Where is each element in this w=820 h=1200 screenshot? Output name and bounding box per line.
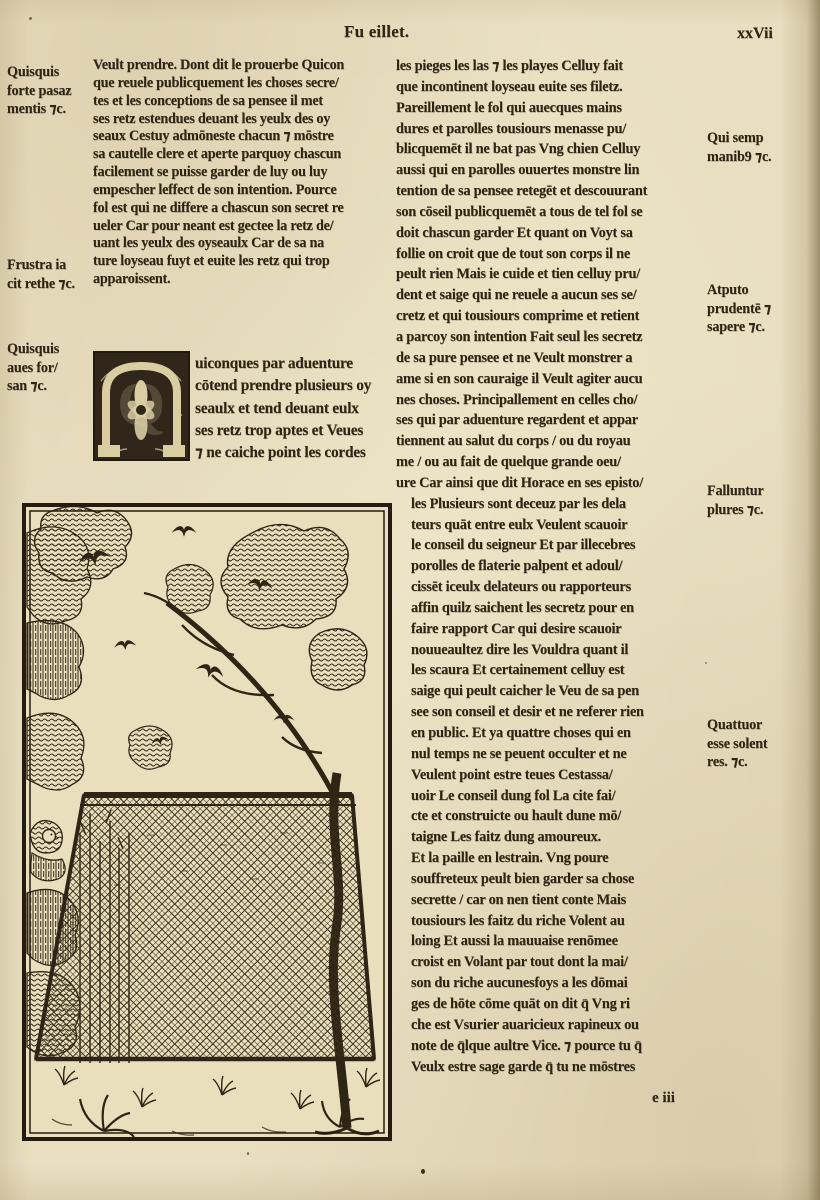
margin-note-line: Qui semp xyxy=(707,129,811,148)
text-line: tiennent au salut du corps / ou du royau xyxy=(396,431,708,452)
text-line: uant les yeulx des oyseaulx Car de sa na xyxy=(93,235,395,253)
text-line: le conseil du seigneur Et par illecebres xyxy=(396,535,708,556)
margin-note-line: mentis ⁊c. xyxy=(7,100,95,119)
margin-note-line: cit rethe ⁊c. xyxy=(7,275,95,294)
text-line: taigne Les faitz dung amoureux. xyxy=(396,827,708,848)
text-line: doit chascun garder Et quant on Voyt sa xyxy=(396,223,708,244)
page-edge-shadow xyxy=(807,0,820,1200)
text-line: cte et construicte ou hault dune mō/ xyxy=(396,806,708,827)
text-line: Veult prendre. Dont dit le prouerbe Quic… xyxy=(93,57,395,75)
text-line: Veulx estre sage garde q̄ tu ne mōstres xyxy=(396,1057,708,1078)
margin-note-line: Frustra ia xyxy=(7,256,95,275)
folio-number: xxVii xyxy=(737,25,773,43)
margin-note-quisquis-aues: Quisquisaues for/san ⁊c. xyxy=(7,340,95,396)
text-line: a parcoy son intention Fait seul les sec… xyxy=(396,327,708,348)
text-line: souffreteux peult bien garder sa chose xyxy=(396,869,708,890)
text-line: uiconques par aduenture xyxy=(195,353,371,375)
margin-note-line: manib9 ⁊c. xyxy=(707,148,811,167)
text-line: peult rien Mais ie cuide et tien celluy … xyxy=(396,264,708,285)
text-line: les scaura Et certainement celluy est xyxy=(396,660,708,681)
margin-note-line: aues for/ xyxy=(7,359,95,378)
margin-note-line: Atputo xyxy=(707,281,811,300)
text-line: croist en Volant par tout dont la mai/ xyxy=(396,952,708,973)
margin-note-line: Falluntur xyxy=(707,482,811,501)
margin-note-at-puto: Atputoprudentē ⁊sapere ⁊c. xyxy=(707,281,811,337)
text-line: empescher leffect de son intention. Pour… xyxy=(93,182,395,200)
book-page: Fu eillet. xxVii Quisquisforte pasazment… xyxy=(0,0,820,1200)
text-line: que incontinent loyseau euite ses filetz… xyxy=(396,77,708,98)
text-line: dent et saige qui ne reuele a aucun ses … xyxy=(396,285,708,306)
margin-note-qui-semper: Qui sempmanib9 ⁊c. xyxy=(707,129,811,166)
left-column-paragraph-2: Q uiconques par aduenturecōtend prendre … xyxy=(93,351,393,464)
margin-note-line: res. ⁊c. xyxy=(707,753,811,772)
text-line: aussi qui en parolles ouuertes monstre l… xyxy=(396,160,708,181)
running-title: Fu eillet. xyxy=(344,22,409,42)
text-line: les pieges les las ⁊ les playes Celluy f… xyxy=(396,56,708,77)
text-line: ame si en son cauraige il Veult agiter a… xyxy=(396,369,708,390)
text-line: ses qui par aduenture regardent et appar xyxy=(396,410,708,431)
margin-note-quisquis-forte: Quisquisforte pasazmentis ⁊c. xyxy=(7,63,95,119)
margin-note-frustra-iacit: Frustra iacit rethe ⁊c. xyxy=(7,256,95,293)
margin-note-falluntur: Fallunturplures ⁊c. xyxy=(707,482,811,519)
text-line: seaux Cestuy admōneste chacun ⁊ mōstre xyxy=(93,128,395,146)
ink-speck xyxy=(29,17,32,20)
text-line: loing Et aussi la mauuaise renōmee xyxy=(396,931,708,952)
text-line: apparoissent. xyxy=(93,271,395,289)
signature-mark: e iii xyxy=(652,1090,675,1107)
margin-note-line: forte pasaz xyxy=(7,82,95,101)
text-line: ⁊ ne caiche point les cordes xyxy=(195,442,371,464)
text-line: que reuele publicquement les choses secr… xyxy=(93,75,395,93)
margin-note-line: Quisquis xyxy=(7,63,95,82)
text-line: ses retz trop aptes et Veues xyxy=(195,420,371,442)
text-line: tousiours les faitz du riche Volent au xyxy=(396,911,708,932)
text-line: ture loyseau fuyt et euite les retz qui … xyxy=(93,253,395,271)
text-line: cretz et qui tousiours comprime et retie… xyxy=(396,306,708,327)
text-line: facilement se puisse garder de luy ou lu… xyxy=(93,164,395,182)
text-line: seaulx et tend deuant eulx xyxy=(195,398,371,420)
text-line: ges de hōte cōme quāt on dit q̄ Vng ri xyxy=(396,994,708,1015)
text-line: faire rapport Car qui desire scauoir xyxy=(396,619,708,640)
text-line: see son conseil et desir et ne referer r… xyxy=(396,702,708,723)
margin-note-line: sapere ⁊c. xyxy=(707,318,811,337)
text-line: son du riche aucunesfoys a les dōmai xyxy=(396,973,708,994)
text-line: me / ou au fait de quelque grande oeu/ xyxy=(396,452,708,473)
text-line: affin quilz saichent les secretz pour en xyxy=(396,598,708,619)
text-line: son cōseil publicquemēt a tous de tel fo… xyxy=(396,202,708,223)
text-line: tention de sa pensee retegēt et descouur… xyxy=(396,181,708,202)
text-line: en public. Et ya quattre choses qui en xyxy=(396,723,708,744)
margin-note-line: Quattuor xyxy=(707,716,811,735)
text-line: dures et parolles tousiours menasse pu/ xyxy=(396,119,708,140)
text-line: de sa pure pensee et ne Veult monstrer a xyxy=(396,348,708,369)
right-column: les pieges les las ⁊ les playes Celluy f… xyxy=(396,56,708,1077)
left-column-paragraph-1: Veult prendre. Dont dit le prouerbe Quic… xyxy=(93,57,395,289)
text-line: saige qui peult caicher le Veu de sa pen xyxy=(396,681,708,702)
text-line: Veulent point estre teues Cestassa/ xyxy=(396,765,708,786)
text-line: che est Vsurier auaricieux rapineux ou xyxy=(396,1015,708,1036)
ornamental-initial-Q: Q xyxy=(93,351,190,461)
text-line: secrette / car on nen tient conte Mais xyxy=(396,890,708,911)
text-line: blicquemēt il ne bat pas Vng chien Cellu… xyxy=(396,139,708,160)
margin-note-line: esse solent xyxy=(707,735,811,754)
text-line: ueler Car pour neant est gectee la retz … xyxy=(93,218,395,236)
text-line: nul temps ne se peuent occulter et ne xyxy=(396,744,708,765)
margin-note-line: prudentē ⁊ xyxy=(707,300,811,319)
margin-note-quattuor: Quattuoresse solentres. ⁊c. xyxy=(707,716,811,772)
text-line: cōtend prendre plusieurs oy xyxy=(195,375,371,397)
text-line: uoir Le conseil dung fol La cite fai/ xyxy=(396,786,708,807)
ink-speck xyxy=(421,1169,425,1174)
paragraph-2-lines: uiconques par aduenturecōtend prendre pl… xyxy=(195,351,371,464)
text-line: les Plusieurs sont deceuz par les dela xyxy=(396,494,708,515)
text-line: nes choses. Principallement en celles ch… xyxy=(396,390,708,411)
text-line: note de q̄lque aultre Vice. ⁊ pource tu … xyxy=(396,1036,708,1057)
ink-speck xyxy=(247,1152,249,1155)
text-line: cissēt iceulx delateurs ou rapporteurs xyxy=(396,577,708,598)
margin-note-line: plures ⁊c. xyxy=(707,501,811,520)
text-line: teurs quāt entre eulx Veulent scauoir xyxy=(396,515,708,536)
margin-note-line: san ⁊c. xyxy=(7,377,95,396)
text-line: porolles de flaterie palpent et adoul/ xyxy=(396,556,708,577)
text-line: tes et les conceptions de sa pensee il m… xyxy=(93,93,395,111)
text-line: fol est qui ne differe a chascun son sec… xyxy=(93,200,395,218)
text-line: ure Car ainsi que dit Horace en ses epis… xyxy=(396,473,708,494)
text-line: sa cautelle clere et aperte parquoy chas… xyxy=(93,146,395,164)
text-line: follie on croit que de tout son corps il… xyxy=(396,244,708,265)
margin-note-line: Quisquis xyxy=(7,340,95,359)
text-line: Et la paille en lestrain. Vng poure xyxy=(396,848,708,869)
text-line: Pareillement le fol qui auecques mains xyxy=(396,98,708,119)
fowling-net xyxy=(36,795,374,1059)
ink-speck xyxy=(705,662,707,664)
text-line: ses retz estendues deuant les yeulx des … xyxy=(93,111,395,129)
woodcut-bird-net-illustration xyxy=(22,503,392,1141)
text-line: nouueaultez dire les Vouldra quant il xyxy=(396,640,708,661)
dropcap-letter: Q xyxy=(117,365,165,445)
